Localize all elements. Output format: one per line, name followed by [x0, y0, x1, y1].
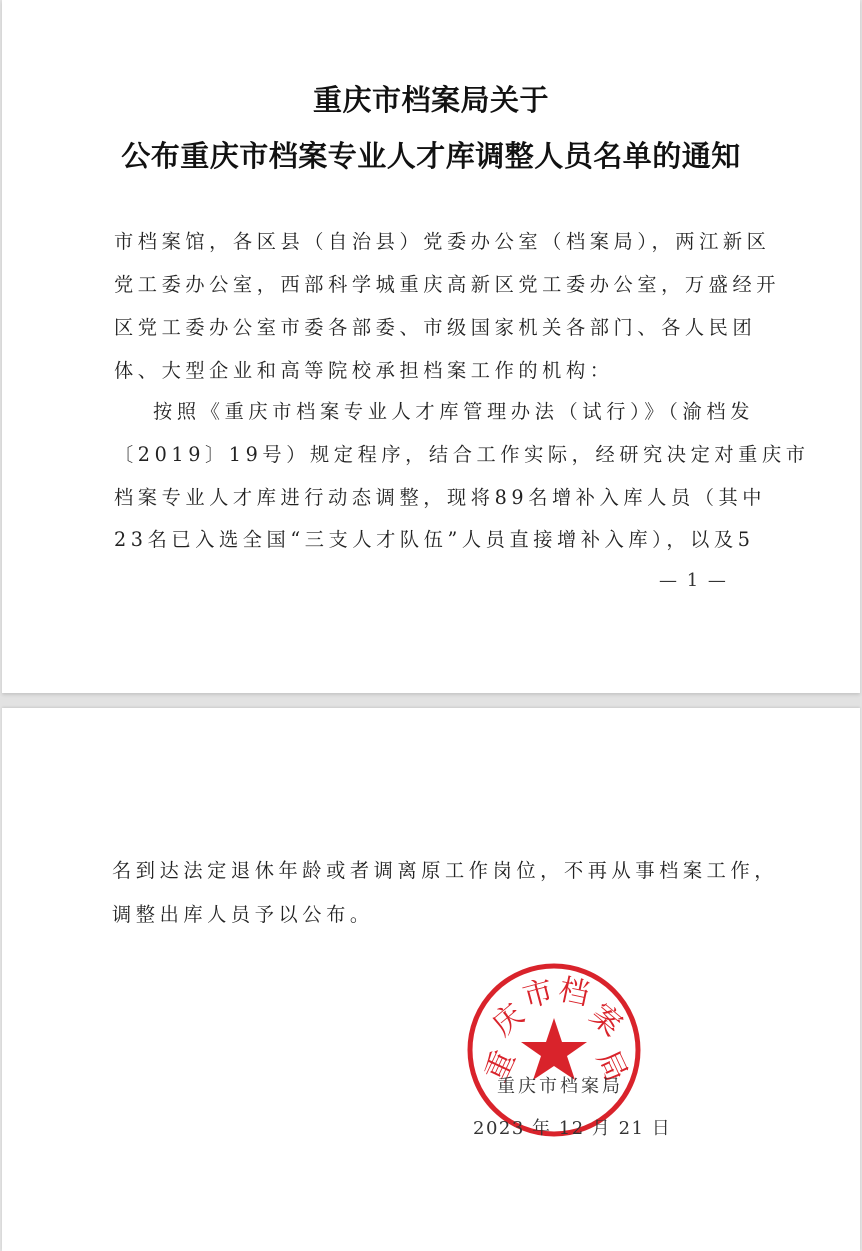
body-line: 23名已入选全国“三支人才队伍”人员直接增补入库），以及5	[114, 528, 754, 552]
recipients-line: 党工委办公室，西部科学城重庆高新区党工委办公室，万盛经开	[114, 273, 754, 297]
issue-date: 2023 年 12 月 21 日	[473, 1114, 671, 1140]
star-icon	[521, 1018, 587, 1080]
title-line-1: 重庆市档案局关于	[2, 78, 860, 119]
body-line: 档案专业人才库进行动态调整，现将89名增补入库人员（其中	[114, 486, 754, 510]
body-line: 名到达法定退休年龄或者调离原工作岗位，不再从事档案工作，	[112, 859, 752, 883]
document-page-1: 重庆市档案局关于 公布重庆市档案专业人才库调整人员名单的通知 市档案馆，各区县（…	[2, 0, 860, 693]
signature: 重庆市档案局	[497, 1072, 623, 1098]
body-line: 〔2019〕19号）规定程序，结合工作实际，经研究决定对重庆市	[114, 443, 754, 467]
body-line: 按照《重庆市档案专业人才库管理办法（试行）》（渝档发	[153, 400, 754, 424]
title-line-2: 公布重庆市档案专业人才库调整人员名单的通知	[2, 134, 860, 175]
document-page-2	[2, 708, 860, 1251]
recipients-line: 区党工委办公室市委各部委、市级国家机关各部门、各人民团	[114, 316, 754, 340]
page-number: — 1 —	[659, 570, 728, 591]
recipients-line: 市档案馆，各区县（自治县）党委办公室（档案局），两江新区	[114, 230, 754, 254]
svg-text:档: 档	[556, 972, 593, 1012]
official-seal: 重 庆 市 档 案 局	[458, 958, 650, 1138]
body-line: 调整出库人员予以公布。	[112, 903, 752, 927]
svg-text:市: 市	[519, 974, 557, 1016]
recipients-line: 体、大型企业和高等院校承担档案工作的机构：	[114, 359, 754, 383]
